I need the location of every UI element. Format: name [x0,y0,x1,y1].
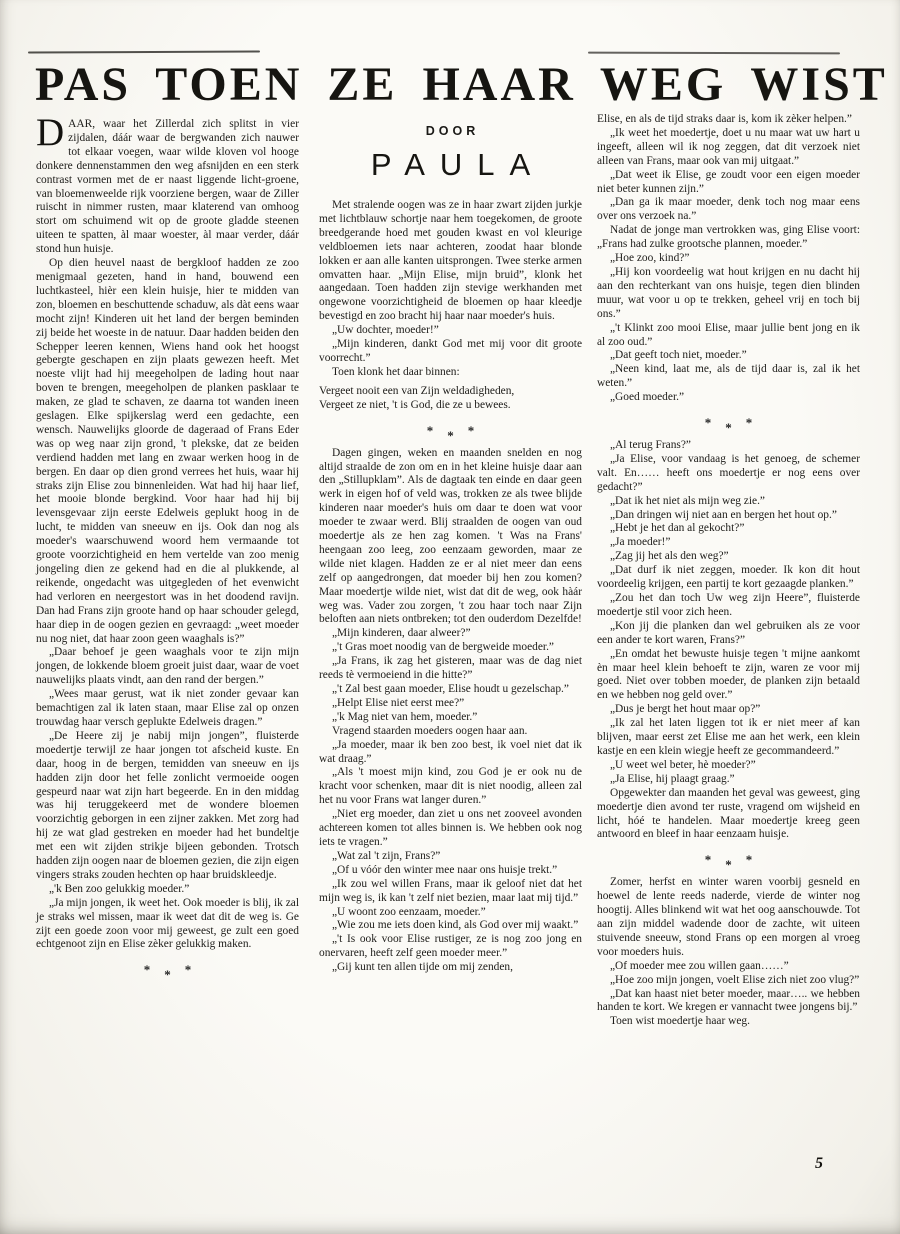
paragraph: „Uw dochter, moeder!” [319,324,582,338]
paragraph: „'k Mag niet van hem, moeder.” [319,711,582,725]
paragraph: „Dat durf ik niet zeggen, moeder. Ik kon… [597,564,860,592]
paragraph: „Dat weet ik Elise, ge zoudt voor een ei… [597,169,860,197]
paragraph: „Hebt je het dan al gekocht?” [597,522,860,536]
opening-paragraph: DAAR, waar het Zillerdal zich splitst in… [36,118,299,257]
paragraph: „Dan ga ik maar moeder, denk toch nog ma… [597,196,860,224]
paragraph: „'t Klinkt zoo mooi Elise, maar jullie b… [597,322,860,350]
paragraph: „Gij kunt ten allen tijde om mij zenden, [319,961,582,975]
paragraph: Dagen gingen, weken en maanden snelden e… [319,447,582,628]
paragraph: „Al terug Frans?” [597,439,860,453]
paragraph: „U weet wel beter, hè moeder?” [597,759,860,773]
scan-artifact-right [588,52,840,55]
section-divider: *** [597,415,860,431]
paragraph: Elise, en als de tijd straks daar is, ko… [597,113,860,127]
paragraph: Met stralende oogen was ze in haar zwart… [319,199,582,324]
paragraph: „Dat geeft toch niet, moeder.” [597,349,860,363]
paragraph: „Zag jij het als den weg?” [597,550,860,564]
paragraph: „Daar behoef je geen waaghals voor te zi… [36,646,299,688]
column-center-text: Met stralende oogen was ze in haar zwart… [319,199,582,975]
paragraph: „Ja Frans, ik zag het gisteren, maar was… [319,655,582,683]
paragraph: Vragend staarden moeders oogen haar aan. [319,725,582,739]
paragraph: „'t Zal best gaan moeder, Elise houdt u … [319,683,582,697]
byline-label: DOOR [319,124,582,138]
column-left: DAAR, waar het Zillerdal zich splitst in… [36,118,299,986]
column-right-text: Elise, en als de tijd straks daar is, ko… [597,113,860,1029]
paragraph: „Of u vóór den winter mee naar ons huisj… [319,864,582,878]
paragraph: „Ja Elise, voor vandaag is het genoeg, d… [597,453,860,495]
paragraph: „Ja moeder!” [597,536,860,550]
paragraph: „Mijn kinderen, daar alweer?” [319,627,582,641]
paragraph: „De Heere zij je nabij mijn jongen”, flu… [36,730,299,883]
paragraph: „Zou het dan toch Uw weg zijn Heere”, fl… [597,592,860,620]
paragraph: „Hoe zoo mijn jongen, voelt Elise zich n… [597,974,860,988]
paragraph: „Kon jij die planken dan wel gebruiken a… [597,620,860,648]
page-number: 5 [815,1155,823,1173]
paragraph: „Dus je bergt het hout maar op?” [597,703,860,717]
magazine-page: PAS TOEN ZE HAAR WEG WIST DAAR, waar het… [0,0,900,1234]
byline: DOOR PAULA [319,124,582,183]
column-center: DOOR PAULA Met stralende oogen was ze in… [319,118,582,975]
paragraph: Toen wist moedertje haar weg. [597,1015,860,1029]
paragraph: Op dien heuvel naast de bergkloof hadden… [36,257,299,646]
drop-cap: D [36,118,68,146]
byline-author: PAULA [319,147,582,183]
paragraph: „Wat zal 't zijn, Frans?” [319,850,582,864]
paragraph: „Mijn kinderen, dankt God met mij voor d… [319,338,582,366]
paragraph: „Hoe zoo, kind?” [597,252,860,266]
paragraph: Nadat de jonge man vertrokken was, ging … [597,224,860,252]
paragraph: „Niet erg moeder, dan ziet u ons net zoo… [319,808,582,850]
paragraph: „Als 't moest mijn kind, zou God je er o… [319,766,582,808]
paragraph: „Ja Elise, hij plaagt graag.” [597,773,860,787]
paragraph: „U woont zoo eenzaam, moeder.” [319,906,582,920]
paragraph: Vergeet ze niet, 't is God, die ze u bew… [319,399,582,413]
paragraph: „'t Is ook voor Elise rustiger, ze is no… [319,933,582,961]
paragraph: „Ik weet het moedertje, doet u nu maar w… [597,127,860,169]
paragraph: „Ik zal het laten liggen tot ik er niet … [597,717,860,759]
paragraph: „Wie zou me iets doen kind, als God over… [319,919,582,933]
paragraph: „En omdat het bewuste huisje tegen 't mi… [597,648,860,704]
paragraph: Vergeet nooit een van Zijn weldadigheden… [319,385,582,399]
column-right: Elise, en als de tijd straks daar is, ko… [597,113,860,1029]
paragraph: „Ik zou wel willen Frans, maar ik geloof… [319,878,582,906]
paragraph: „Ja moeder, maar ik ben zoo best, ik voe… [319,739,582,767]
section-divider: *** [36,962,299,978]
paragraph: „Wees maar gerust, wat ik niet zonder ge… [36,688,299,730]
page-title: PAS TOEN ZE HAAR WEG WIST [35,57,867,112]
section-divider: *** [597,852,860,868]
paragraph: „Dat ik het niet als mijn weg zie.” [597,495,860,509]
paragraph: „Hij kon voordeelig wat hout krijgen en … [597,266,860,322]
paragraph: „Ja mijn jongen, ik weet het. Ook moeder… [36,897,299,953]
paragraph: „'t Gras moet noodig van de bergweide mo… [319,641,582,655]
paragraph: Zomer, herfst en winter waren voorbij ge… [597,876,860,959]
paragraph: „'k Ben zoo gelukkig moeder.” [36,883,299,897]
section-divider: *** [319,423,582,439]
paragraph: „Of moeder mee zou willen gaan……” [597,960,860,974]
paragraph: „Neen kind, laat me, als de tijd daar is… [597,363,860,391]
paragraph: „Dan dringen wij niet aan en bergen het … [597,509,860,523]
paragraph: „Helpt Elise niet eerst mee?” [319,697,582,711]
scan-artifact-left [28,50,260,53]
column-left-text: DAAR, waar het Zillerdal zich splitst in… [36,118,299,978]
paragraph: Opgewekter dan maanden het geval was gew… [597,787,860,843]
paragraph: „Dat kan haast niet beter moeder, maar….… [597,988,860,1016]
paragraph: „Goed moeder.” [597,391,860,405]
paragraph: Toen klonk het daar binnen: [319,366,582,380]
